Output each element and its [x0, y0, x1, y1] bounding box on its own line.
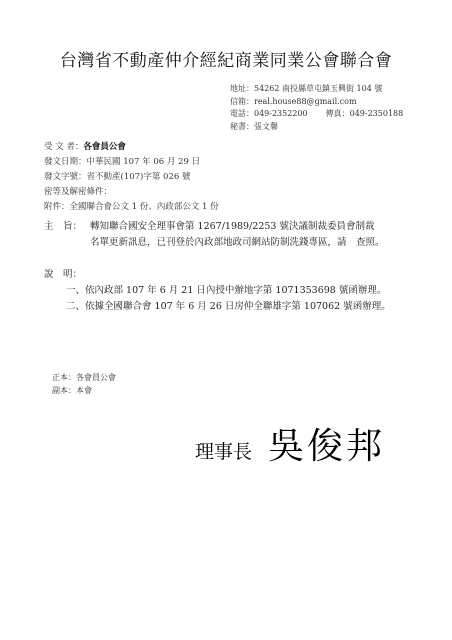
explanation-item: 一、依內政部 107 年 6 月 21 日內授中辦地字第 1071353698 …: [44, 283, 391, 299]
explanation-item: 二、依據全國聯合會 107 年 6 月 26 日房仲全聯雄字第 107062 號…: [44, 299, 391, 315]
attachments: 附件：全國聯合會公文 1 份、內政部公文 1 份: [44, 200, 219, 215]
subject-line-1: 轉知聯合國安全理事會第 1267/1989/2253 號決議制裁委員會制裁: [90, 221, 374, 232]
contact-block: 地址：54262 南投縣草屯鎮玉興街 104 號 信箱：real.house88…: [230, 83, 403, 133]
signatory-role: 理事長: [195, 441, 252, 463]
address: 地址：54262 南投縣草屯鎮玉興街 104 號: [230, 83, 403, 96]
signature-block: 理事長吳俊邦: [195, 418, 385, 469]
subject-section: 主 旨：轉知聯合國安全理事會第 1267/1989/2253 號決議制裁委員會制…: [44, 219, 385, 251]
document-title: 台灣省不動產仲介經紀商業同業公會聯合會: [0, 46, 452, 71]
subject-label: 主 旨：: [44, 219, 90, 235]
duplicate-copy: 副本：本會: [52, 384, 116, 397]
recipient-row: 受 文 者：各會員公會: [44, 140, 219, 155]
subject-line-2: 名單更新訊息，已刊登於內政部地政司網站防制洗錢專區，請 查照。: [44, 235, 385, 251]
issue-date: 發文日期：中華民國 107 年 06 月 29 日: [44, 155, 219, 170]
recipient: 各會員公會: [83, 142, 126, 152]
phone: 電話：049-2352200: [230, 109, 308, 118]
secretary: 秘書：張文馨: [230, 121, 403, 134]
confidentiality: 密等及解密條件：: [44, 185, 219, 200]
document-number: 發文字號：省不動產(107)字第 026 號: [44, 170, 219, 185]
fax: 傳真：049-2350188: [326, 109, 404, 118]
email: 信箱：real.house88@gmail.com: [230, 96, 403, 109]
copies-section: 正本：各會員公會 副本：本會: [52, 371, 116, 397]
signatory-name: 吳俊邦: [268, 426, 385, 467]
explanation-label: 說 明：: [44, 267, 391, 283]
document-meta: 受 文 者：各會員公會 發文日期：中華民國 107 年 06 月 29 日 發文…: [44, 140, 219, 215]
original-copy: 正本：各會員公會: [52, 371, 116, 384]
explanation-section: 說 明： 一、依內政部 107 年 6 月 21 日內授中辦地字第 107135…: [44, 267, 391, 315]
phone-fax-row: 電話：049-2352200傳真：049-2350188: [230, 108, 403, 121]
recipient-label: 受 文 者：: [44, 142, 83, 152]
